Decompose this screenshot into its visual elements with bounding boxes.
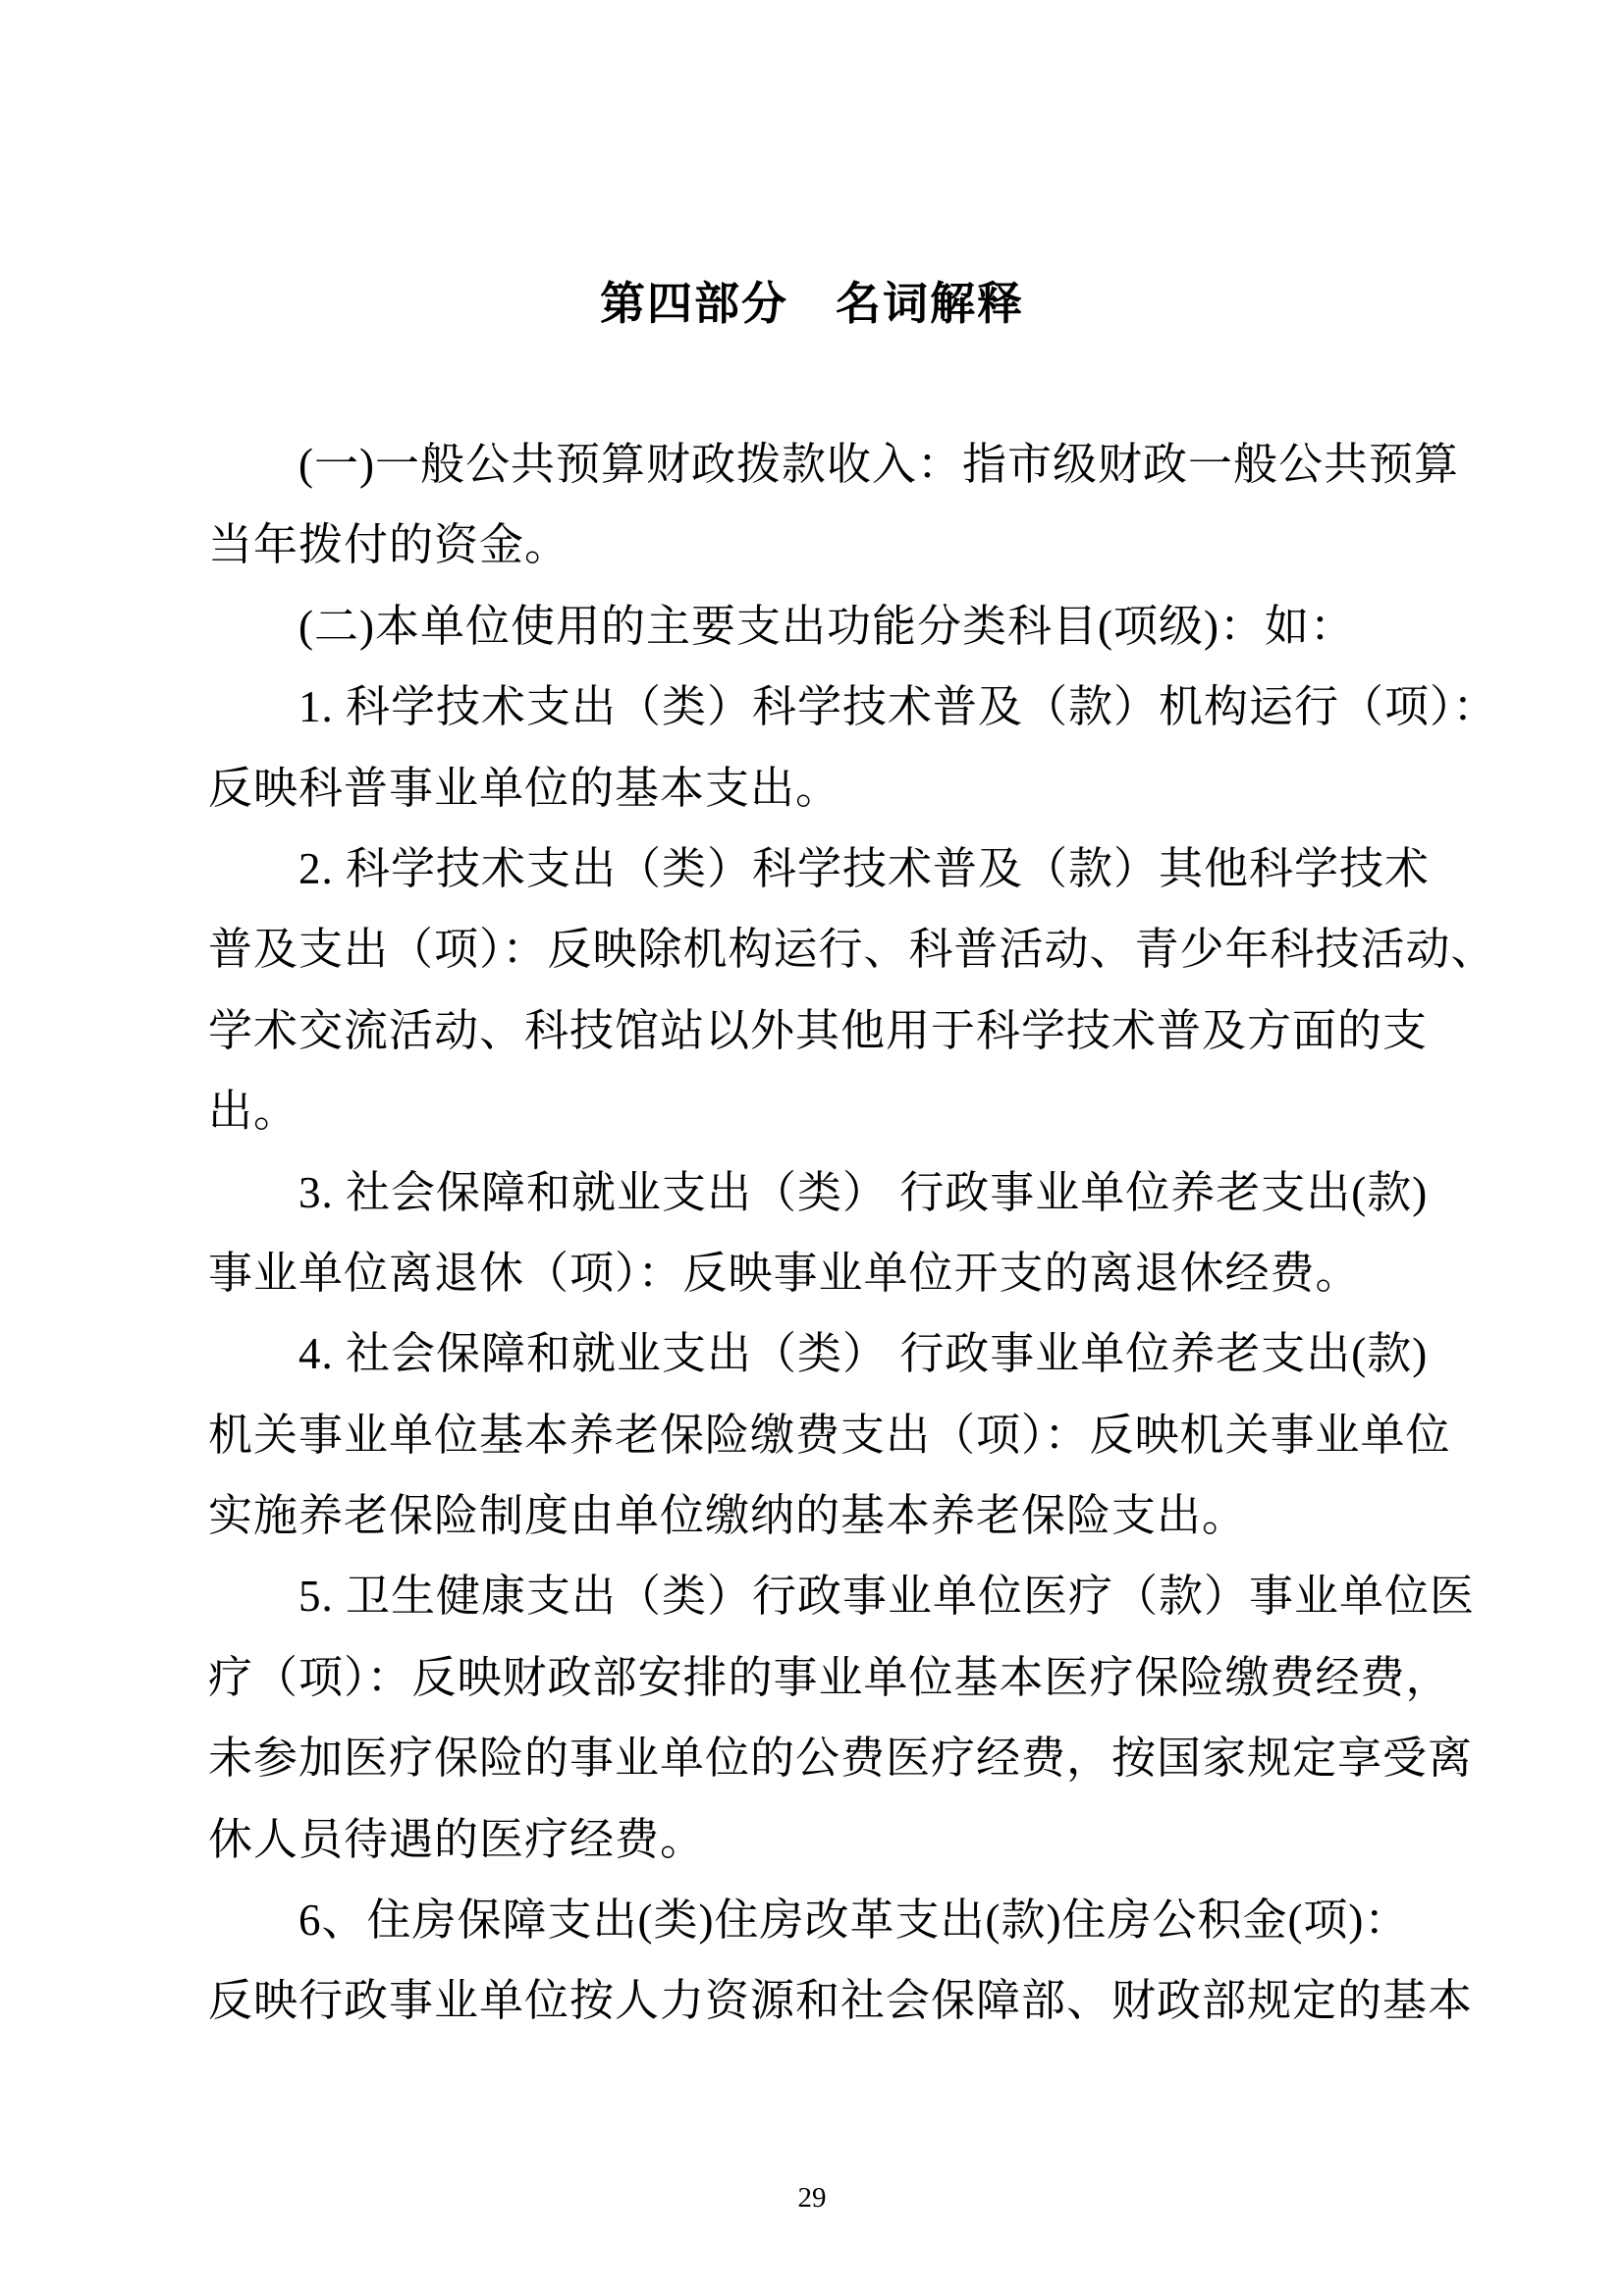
body-line-12: 4. 社会保障和就业支出（类） 行政事业单位养老支出(款) xyxy=(208,1313,1416,1394)
body-line-5: 反映科普事业单位的基本支出。 xyxy=(208,748,1416,828)
document-body: (一)一般公共预算财政拨款收入：指市级财政一般公共预算 当年拨付的资金。 (二)… xyxy=(208,424,1416,2042)
body-line-2: 当年拨付的资金。 xyxy=(208,505,1416,585)
body-line-14: 实施养老保险制度由单位缴纳的基本养老保险支出。 xyxy=(208,1475,1416,1556)
body-line-1: (一)一般公共预算财政拨款收入：指市级财政一般公共预算 xyxy=(208,424,1416,505)
body-line-20: 反映行政事业单位按人力资源和社会保障部、财政部规定的基本 xyxy=(208,1960,1416,2041)
body-line-13: 机关事业单位基本养老保险缴费支出（项）：反映机关事业单位 xyxy=(208,1395,1416,1475)
body-line-6: 2. 科学技术支出（类）科学技术普及（款）其他科学技术 xyxy=(208,828,1416,909)
body-line-10: 3. 社会保障和就业支出（类） 行政事业单位养老支出(款) xyxy=(208,1152,1416,1233)
body-line-18: 休人员待遇的医疗经费。 xyxy=(208,1799,1416,1880)
body-line-16: 疗（项）：反映财政部安排的事业单位基本医疗保险缴费经费， xyxy=(208,1637,1416,1718)
document-page: 第四部分 名词解释 (一)一般公共预算财政拨款收入：指市级财政一般公共预算 当年… xyxy=(0,0,1624,2296)
body-line-3: (二)本单位使用的主要支出功能分类科目(项级)：如： xyxy=(208,586,1416,667)
body-line-15: 5. 卫生健康支出（类）行政事业单位医疗（款）事业单位医 xyxy=(208,1556,1416,1636)
body-line-7: 普及支出（项）：反映除机构运行、科普活动、青少年科技活动、 xyxy=(208,909,1416,989)
page-number: 29 xyxy=(0,2181,1624,2216)
body-line-9: 出。 xyxy=(208,1071,1416,1151)
body-line-11: 事业单位离退休（项）：反映事业单位开支的离退休经费。 xyxy=(208,1233,1416,1313)
page-title: 第四部分 名词解释 xyxy=(0,278,1624,330)
body-line-4: 1. 科学技术支出（类）科学技术普及（款）机构运行（项）： xyxy=(208,667,1416,747)
body-line-8: 学术交流活动、科技馆站以外其他用于科学技术普及方面的支 xyxy=(208,990,1416,1071)
body-line-19: 6、住房保障支出(类)住房改革支出(款)住房公积金(项)： xyxy=(208,1880,1416,1960)
body-line-17: 未参加医疗保险的事业单位的公费医疗经费，按国家规定享受离 xyxy=(208,1718,1416,1798)
